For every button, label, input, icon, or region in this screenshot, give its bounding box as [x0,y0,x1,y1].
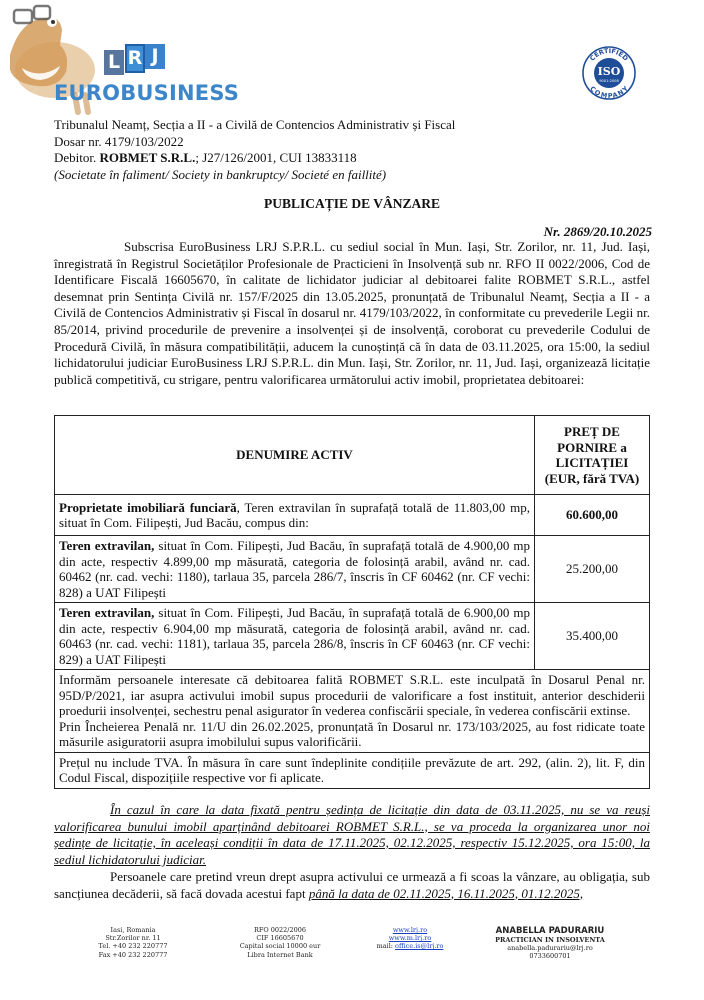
footer-web: www.lrj.ro www.m.lrj.ro mail: office.is@… [360,926,460,951]
logo-letter-j: J [145,44,165,69]
auction-fallback-paragraph: În cazul în care la data fixată pentru ș… [54,802,650,868]
brand-name: EUROBUSINESS [54,81,239,105]
header-starting-price: PREȚ DE PORNIRE a LICITAȚIEI (EUR, fără … [535,416,650,495]
table-row: Teren extravilan, situat în Com. Filipeș… [55,603,650,670]
footer-registration: RFO 0022/2006 CIF 16605670 Capital socia… [225,926,335,959]
document-number: Nr. 2869/20.10.2025 [544,224,652,240]
debtor-name: ROBMET S.R.L. [100,150,196,165]
table-notes-row: Informăm persoanele interesate că debito… [55,670,650,753]
price-cell: 25.200,00 [535,536,650,603]
vat-note: Prețul nu include TVA. În măsura în care… [55,752,650,788]
case-number: Dosar nr. 4179/103/2022 [54,134,455,151]
page-title: PUBLICAȚIE DE VÂNZARE [0,196,704,212]
footer-address: Iasi, Romania Str.Zorilor nr. 11 Tel. +4… [88,926,178,959]
practitioner-phone: 0733600701 [490,952,610,960]
website-link[interactable]: www.lrj.ro [393,926,427,934]
table-row: Proprietate imobiliară funciară, Teren e… [55,495,650,536]
lrj-logo: L R J [104,44,166,74]
practitioner-name: ANABELLA PADURARIU [490,926,610,936]
company-status: (Societate în faliment/ Society in bankr… [54,167,455,184]
court-name: Tribunalul Neamț, Secția a II - a Civilă… [54,117,455,134]
email-link[interactable]: office.is@lrj.ro [395,942,443,950]
case-header: Tribunalul Neamț, Secția a II - a Civilă… [54,117,455,183]
assets-table: DENUMIRE ACTIV PREȚ DE PORNIRE a LICITAȚ… [54,415,650,789]
footer-contact: ANABELLA PADURARIU PRACTICIAN IN INSOLVE… [490,926,610,961]
table-vat-row: Prețul nu include TVA. În măsura în care… [55,752,650,788]
table-row: Teren extravilan, situat în Com. Filipeș… [55,536,650,603]
price-cell: 60.600,00 [535,495,650,536]
price-cell: 35.400,00 [535,603,650,670]
svg-text:9001:2008: 9001:2008 [599,79,619,83]
mobile-website-link[interactable]: www.m.lrj.ro [389,934,432,942]
logo-letter-r: R [125,44,145,73]
camel-mascot-icon [0,0,110,125]
practitioner-email: anabella.padurariu@lrj.ro [490,944,610,952]
table-header-row: DENUMIRE ACTIV PREȚ DE PORNIRE a LICITAȚ… [55,416,650,495]
intro-paragraph: Subscrisa EuroBusiness LRJ S.P.R.L. cu s… [54,239,650,388]
svg-text:ISO: ISO [598,65,621,78]
practitioner-role: PRACTICIAN IN INSOLVENTA [490,936,610,944]
claims-paragraph: Persoanele care pretind vreun drept asup… [54,869,650,902]
iso-certified-badge-icon: CERTIFIED COMPANY ISO 9001:2008 [581,45,637,101]
criminal-case-note: Informăm persoanele interesate că debito… [59,672,645,719]
logo-letter-l: L [104,50,124,75]
header-asset-name: DENUMIRE ACTIV [55,416,535,495]
measures-lifted-note: Prin Încheierea Penală nr. 11/U din 26.0… [59,719,645,750]
debtor-line: Debitor. ROBMET S.R.L.; J27/126/2001, CU… [54,150,455,167]
claims-deadline: până la data de 02.11.2025, 16.11.2025, … [309,886,583,901]
